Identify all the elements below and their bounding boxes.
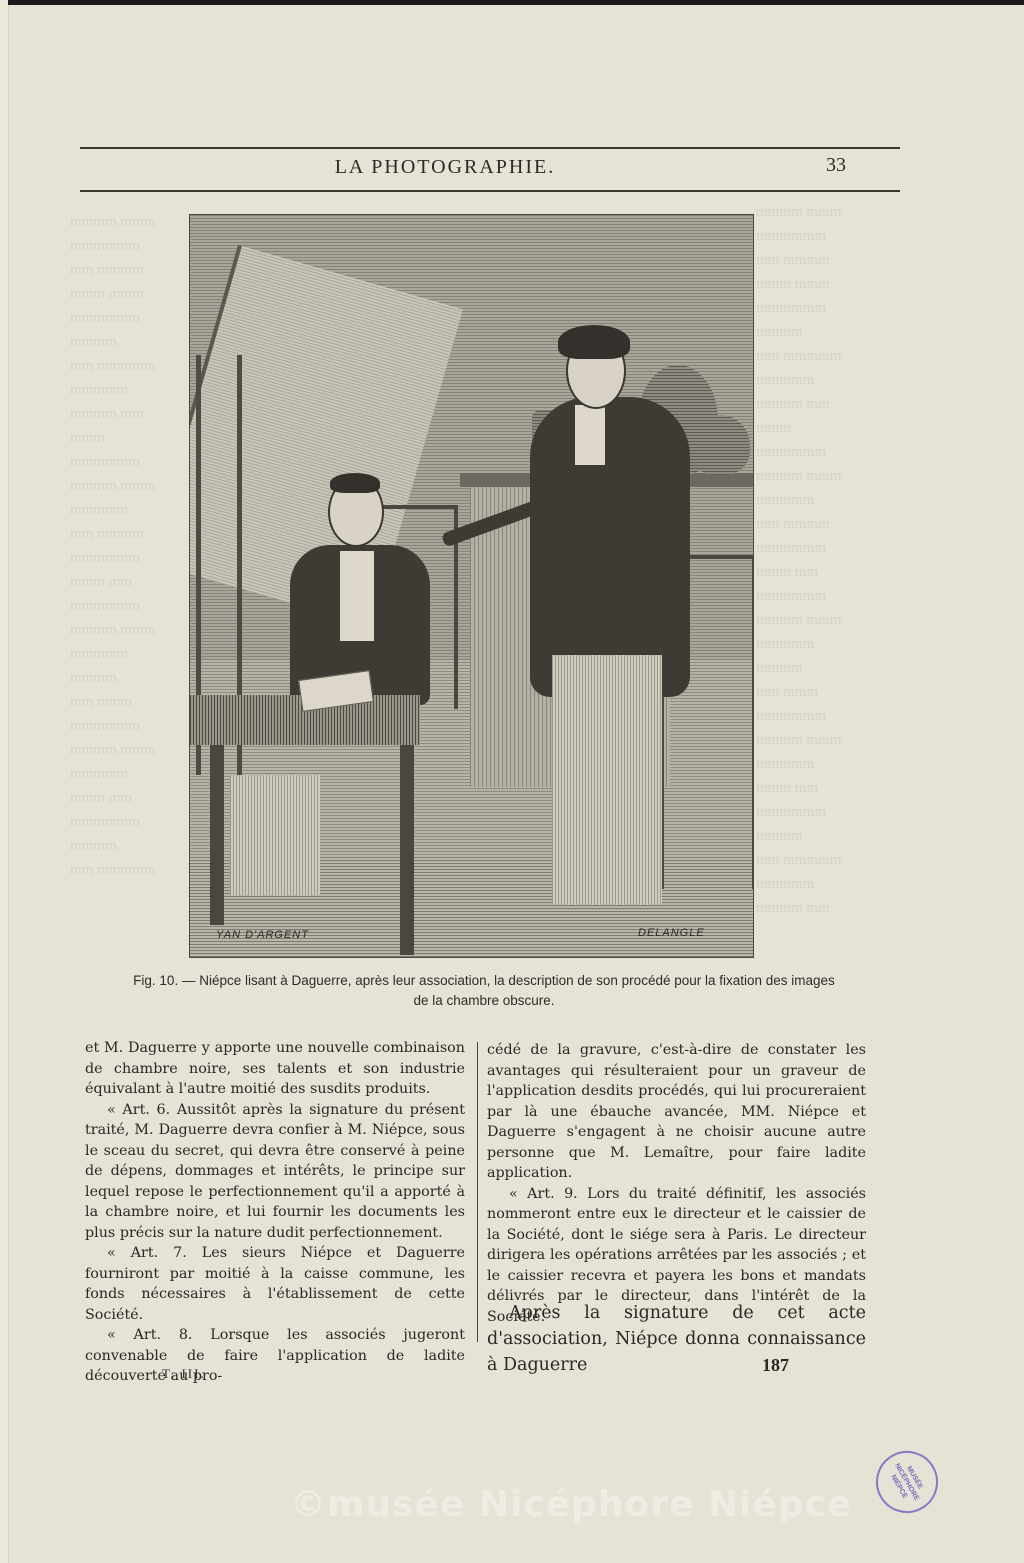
volume-mark: T. III. <box>162 1366 206 1382</box>
table-leg <box>400 745 414 955</box>
bleed-through-text: mmmm mmmmmmmmmmm mmmmmmm mmmmmmmmmmmmmmm… <box>756 200 896 940</box>
table-leg <box>210 745 224 925</box>
paragraph-art-6: « Art. 6. Aussitôt après la signature du… <box>85 1100 465 1244</box>
signature-number: 187 <box>762 1355 789 1376</box>
seated-figure-shirt <box>340 551 374 641</box>
figure-caption: Fig. 10. — Niépce lisant à Daguerre, apr… <box>86 971 882 1011</box>
header-rule-top <box>80 147 900 149</box>
column-divider <box>477 1042 478 1342</box>
paragraph: et M. Daguerre y apporte une nouvelle co… <box>85 1038 465 1100</box>
paragraph: cédé de la gravure, c'est-à-dire de cons… <box>487 1040 866 1184</box>
running-title: LA PHOTOGRAPHIE. <box>80 156 810 179</box>
seated-figure-hair <box>330 473 380 493</box>
caption-line-2: de la chambre obscure. <box>86 991 882 1011</box>
caption-line-1: Fig. 10. — Niépce lisant à Daguerre, apr… <box>86 971 882 991</box>
paragraph-art-8: « Art. 8. Lorsque les associés jugeront … <box>85 1325 465 1387</box>
standing-figure-hair <box>558 325 630 359</box>
standing-figure-shirt <box>575 405 605 465</box>
header-rule-bottom <box>80 190 900 192</box>
seated-figure-legs <box>230 775 320 895</box>
stamp-text: MUSÉE NICÉPHORE NIÉPCE <box>885 1457 929 1507</box>
engraving-illustration: YAN D'ARGENT DELANGLE <box>189 214 754 958</box>
lead-paragraph: Après la signature de cet acte d'associa… <box>487 1300 866 1378</box>
engraver-signature-right: DELANGLE <box>638 927 705 939</box>
page-binding-edge <box>0 0 9 1563</box>
paragraph-art-7: « Art. 7. Les sieurs Niépce et Daguerre … <box>85 1243 465 1325</box>
round-flask <box>690 415 750 475</box>
page-number: 33 <box>826 154 846 177</box>
bleed-through-text: mmmm mmmmmmmmmmm mmmmmmm mmmmmmmmmmmmmmm… <box>70 210 190 910</box>
top-scan-edge <box>8 0 1024 5</box>
engraver-signature-left: YAN D'ARGENT <box>216 929 309 941</box>
right-text-column: cédé de la gravure, c'est-à-dire de cons… <box>487 1040 866 1327</box>
museum-stamp: MUSÉE NICÉPHORE NIÉPCE <box>865 1440 950 1525</box>
copyright-watermark: ©musée Nicéphore Niépce <box>290 1484 852 1525</box>
left-text-column: et M. Daguerre y apporte une nouvelle co… <box>85 1038 465 1387</box>
standing-figure-coat <box>530 397 690 697</box>
standing-figure-legs <box>552 655 662 905</box>
